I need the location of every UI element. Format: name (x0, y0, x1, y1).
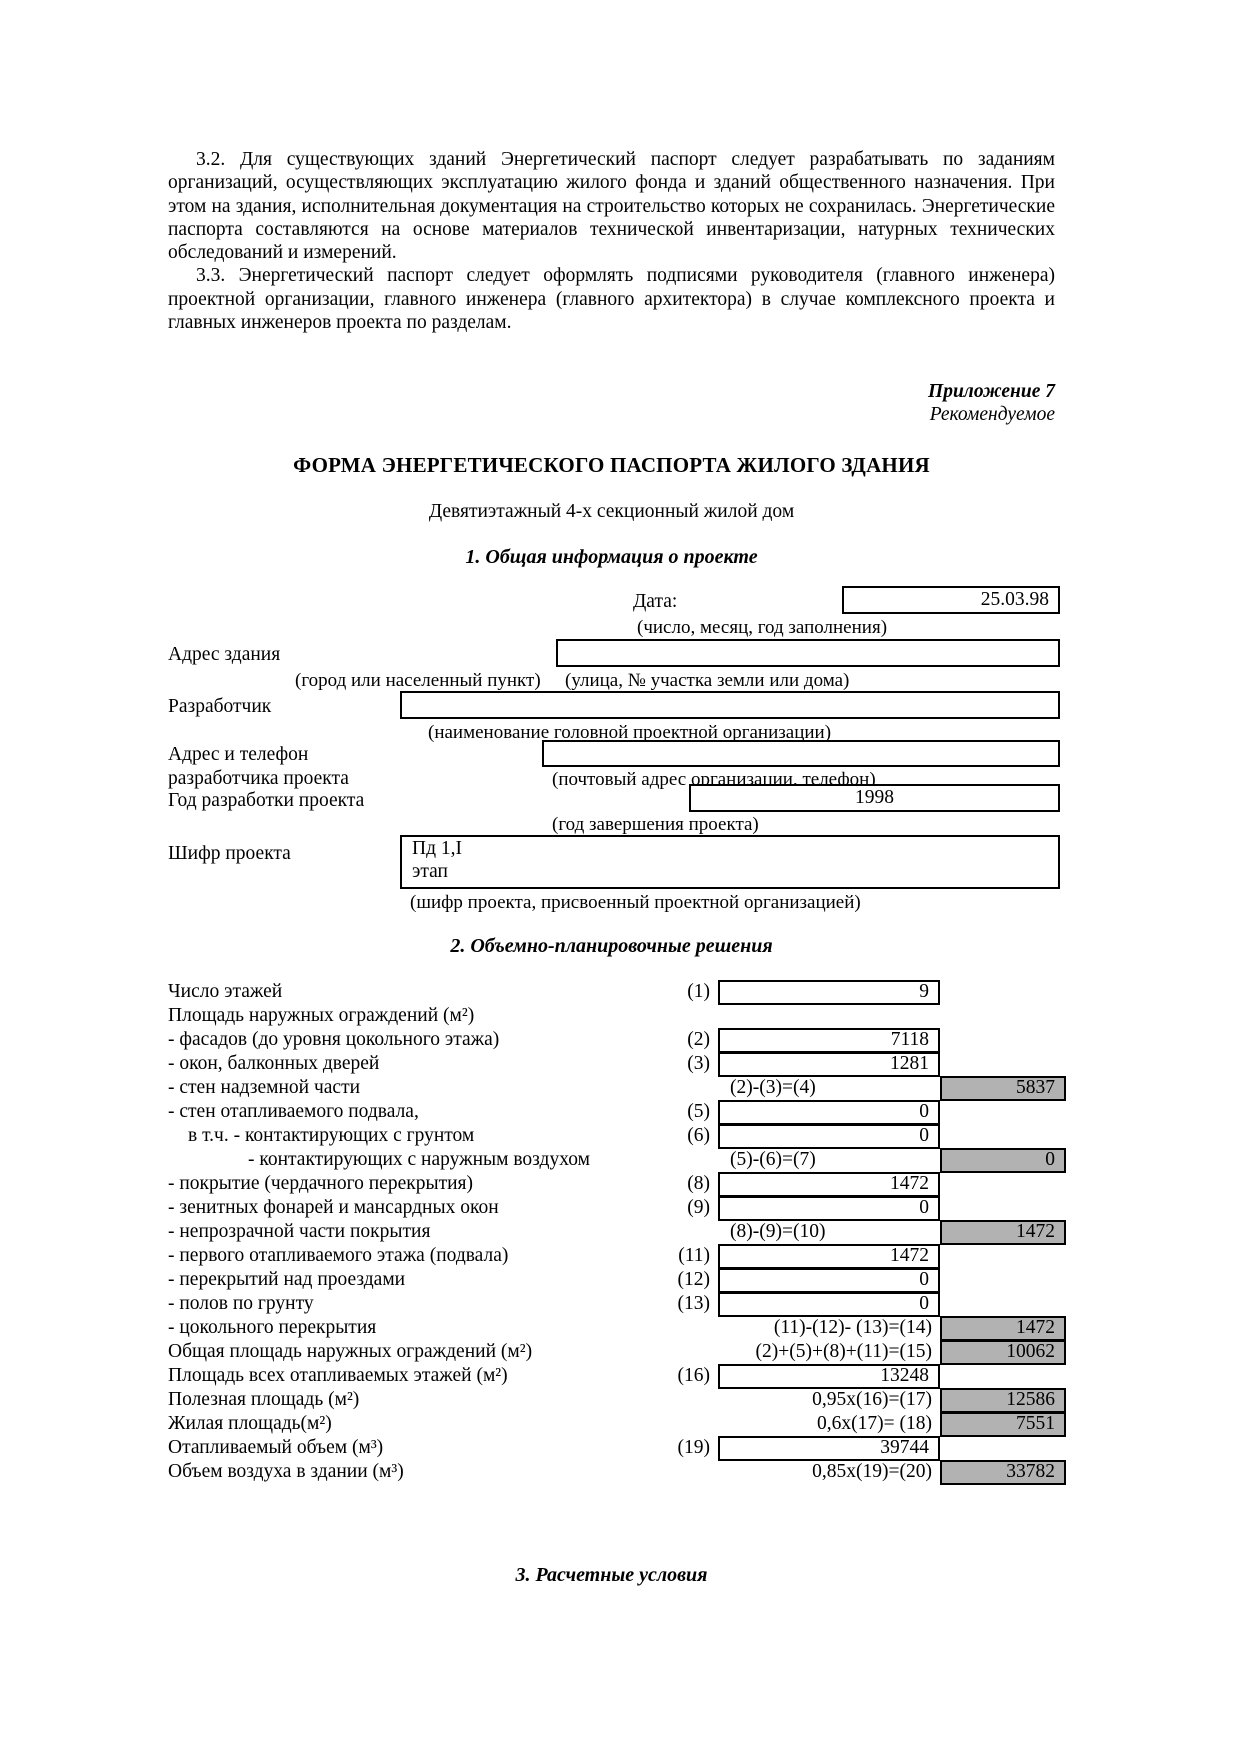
project-year-value: 1998 (691, 786, 1058, 809)
result-field: 10062 (940, 1340, 1066, 1365)
row-number: (16) (618, 1365, 710, 1387)
table-row-label: Число этажей (168, 981, 282, 1003)
table-row-label: - стен надземной части (168, 1077, 360, 1099)
row-number: (6) (618, 1125, 710, 1147)
building-address-label: Адрес здания (168, 644, 280, 666)
project-code-value-line2: этап (402, 860, 1058, 883)
value-field[interactable]: 0 (718, 1100, 940, 1125)
building-subtitle: Девятиэтажный 4-х секционный жилой дом (168, 501, 1055, 523)
project-code-label: Шифр проекта (168, 843, 291, 865)
value-text: 0 (720, 1270, 938, 1290)
row-formula: (2)+(5)+(8)+(11)=(15) (718, 1341, 932, 1363)
date-field[interactable]: 25.03.98 (842, 586, 1060, 614)
table-row-label: - фасадов (до уровня цокольного этажа) (168, 1029, 499, 1051)
section-2-heading: 2. Объемно-планировочные решения (168, 935, 1055, 958)
address-city-caption: (город или населенный пункт) (295, 670, 541, 692)
developer-address-label-line2: разработчика проекта (168, 768, 349, 790)
result-field: 5837 (940, 1076, 1066, 1101)
row-number: (11) (618, 1245, 710, 1267)
result-text: 7551 (942, 1414, 1064, 1434)
value-text: 1281 (720, 1054, 938, 1074)
row-number: (5) (618, 1101, 710, 1123)
row-formula: 0,6x(17)= (18) (718, 1413, 932, 1435)
result-field: 7551 (940, 1412, 1066, 1437)
date-value: 25.03.98 (844, 588, 1058, 611)
value-field[interactable]: 0 (718, 1268, 940, 1293)
table-row-label: - покрытие (чердачного перекрытия) (168, 1173, 473, 1195)
row-formula: (5)-(6)=(7) (718, 1149, 932, 1171)
value-text: 39744 (720, 1438, 938, 1458)
table-row-label: - цокольного перекрытия (168, 1317, 376, 1339)
table-row-label: в т.ч. - контактирующих с грунтом (188, 1125, 474, 1147)
value-field[interactable]: 1472 (718, 1244, 940, 1269)
value-field[interactable]: 13248 (718, 1364, 940, 1389)
project-year-caption: (год завершения проекта) (552, 814, 759, 836)
section-3-heading: 3. Расчетные условия (168, 1564, 1055, 1587)
developer-field[interactable] (400, 691, 1060, 719)
table-row-label: Полезная площадь (м²) (168, 1389, 359, 1411)
table-row-label: Площадь наружных ограждений (м²) (168, 1005, 474, 1027)
developer-label: Разработчик (168, 696, 271, 718)
value-text: 1472 (720, 1174, 938, 1194)
result-text: 10062 (942, 1342, 1064, 1362)
result-field: 12586 (940, 1388, 1066, 1413)
value-text: 1472 (720, 1246, 938, 1266)
value-field[interactable]: 0 (718, 1196, 940, 1221)
row-number: (12) (618, 1269, 710, 1291)
project-code-field[interactable]: Пд 1,I этап (400, 835, 1060, 889)
result-text: 33782 (942, 1462, 1064, 1482)
value-field[interactable]: 1472 (718, 1172, 940, 1197)
row-number: (13) (618, 1293, 710, 1315)
value-field[interactable]: 9 (718, 980, 940, 1005)
row-formula: (8)-(9)=(10) (718, 1221, 932, 1243)
project-code-caption: (шифр проекта, присвоенный проектной орг… (410, 892, 861, 914)
result-field: 0 (940, 1148, 1066, 1173)
result-text: 5837 (942, 1078, 1064, 1098)
annex-number: Приложение 7 (168, 380, 1055, 403)
table-row-label: - стен отапливаемого подвала, (168, 1101, 419, 1123)
value-text: 13248 (720, 1366, 938, 1386)
value-field[interactable]: 0 (718, 1124, 940, 1149)
result-field: 33782 (940, 1460, 1066, 1485)
table-row-label: - окон, балконных дверей (168, 1053, 379, 1075)
project-year-label: Год разработки проекта (168, 790, 364, 812)
table-row-label: Площадь всех отапливаемых этажей (м²) (168, 1365, 508, 1387)
value-field[interactable]: 0 (718, 1292, 940, 1317)
row-number: (1) (618, 981, 710, 1003)
value-field[interactable]: 1281 (718, 1052, 940, 1077)
value-text: 0 (720, 1126, 938, 1146)
table-row-label: - полов по грунту (168, 1293, 314, 1315)
row-number: (2) (618, 1029, 710, 1051)
table-row-label: - непрозрачной части покрытия (168, 1221, 430, 1243)
table-row-label: - первого отапливаемого этажа (подвала) (168, 1245, 508, 1267)
row-number: (8) (618, 1173, 710, 1195)
date-label: Дата: (633, 591, 677, 613)
table-row-label: Общая площадь наружных ограждений (м²) (168, 1341, 532, 1363)
paragraph-3-3: 3.3. Энергетический паспорт следует офор… (168, 264, 1055, 334)
form-title: ФОРМА ЭНЕРГЕТИЧЕСКОГО ПАСПОРТА ЖИЛОГО ЗД… (168, 453, 1055, 478)
document-page: 3.2. Для существующих зданий Энергетичес… (0, 0, 1240, 1755)
table-row-label: Жилая площадь(м²) (168, 1413, 332, 1435)
value-text: 0 (720, 1294, 938, 1314)
value-text: 7118 (720, 1030, 938, 1050)
developer-address-field[interactable] (542, 740, 1060, 767)
result-text: 1472 (942, 1318, 1064, 1338)
row-formula: (2)-(3)=(4) (718, 1077, 932, 1099)
annex-kind: Рекомендуемое (168, 403, 1055, 426)
row-number: (19) (618, 1437, 710, 1459)
row-number: (3) (618, 1053, 710, 1075)
value-field[interactable]: 7118 (718, 1028, 940, 1053)
row-formula: 0,85x(19)=(20) (718, 1461, 932, 1483)
developer-address-label-line1: Адрес и телефон (168, 744, 308, 766)
value-text: 0 (720, 1198, 938, 1218)
table-row-label: Объем воздуха в здании (м³) (168, 1461, 404, 1483)
annex-block: Приложение 7 Рекомендуемое (168, 380, 1055, 426)
project-year-field[interactable]: 1998 (689, 784, 1060, 812)
table-row-label: - зенитных фонарей и мансардных окон (168, 1197, 499, 1219)
building-address-field[interactable] (556, 639, 1060, 667)
result-text: 1472 (942, 1222, 1064, 1242)
row-number: (9) (618, 1197, 710, 1219)
row-formula: 0,95x(16)=(17) (718, 1389, 932, 1411)
row-formula: (11)-(12)- (13)=(14) (718, 1317, 932, 1339)
paragraph-3-2: 3.2. Для существующих зданий Энергетичес… (168, 148, 1055, 264)
result-text: 12586 (942, 1390, 1064, 1410)
date-caption: (число, месяц, год заполнения) (637, 617, 887, 639)
table-row-label: Отапливаемый объем (м³) (168, 1437, 383, 1459)
table-row-label: - перекрытий над проездами (168, 1269, 405, 1291)
result-field: 1472 (940, 1220, 1066, 1245)
project-code-value-line1: Пд 1,I (402, 837, 1058, 860)
result-field: 1472 (940, 1316, 1066, 1341)
value-text: 9 (720, 982, 938, 1002)
result-text: 0 (942, 1150, 1064, 1170)
value-field[interactable]: 39744 (718, 1436, 940, 1461)
section-1-heading: 1. Общая информация о проекте (168, 546, 1055, 569)
address-street-caption: (улица, № участка земли или дома) (565, 670, 849, 692)
table-row-label: - контактирующих с наружным воздухом (248, 1149, 590, 1171)
value-text: 0 (720, 1102, 938, 1122)
body-paragraphs: 3.2. Для существующих зданий Энергетичес… (168, 148, 1055, 334)
